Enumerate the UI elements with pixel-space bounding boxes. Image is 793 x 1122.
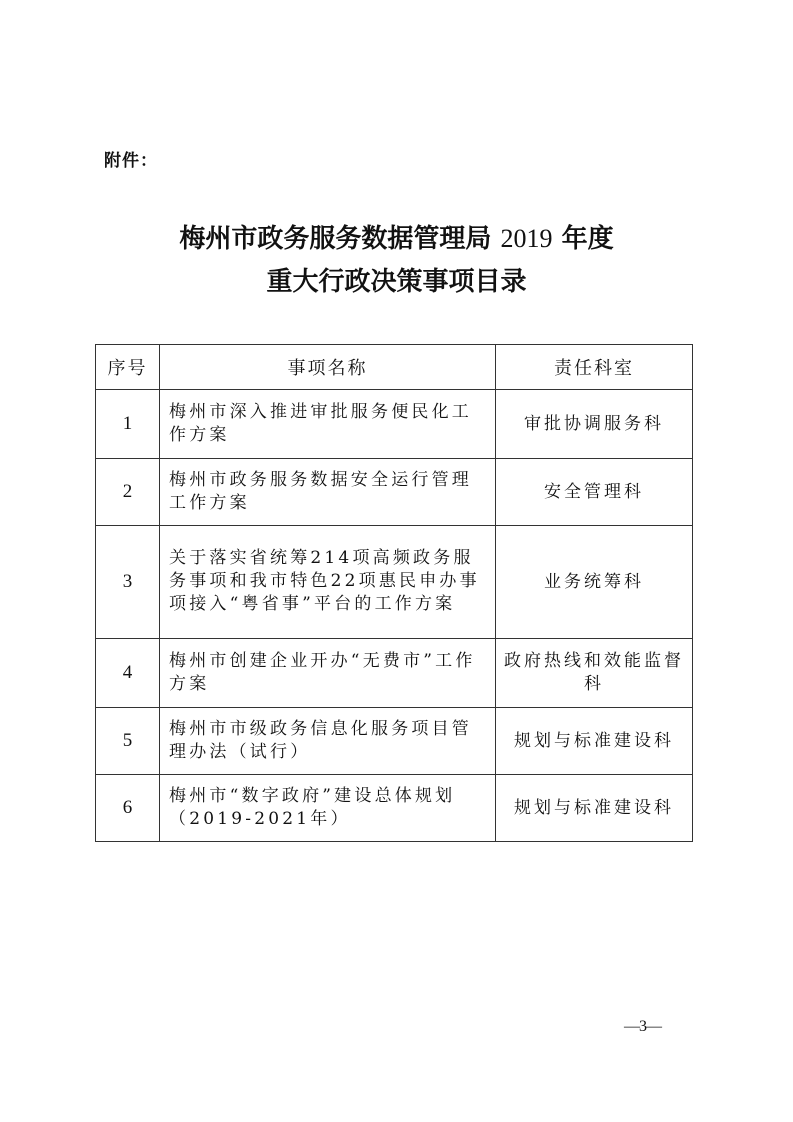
- row-responsible-dept: 业务统筹科: [496, 526, 693, 639]
- document-title-line2: 重大行政决策事项目录: [0, 264, 793, 300]
- table-header-row: 序号 事项名称 责任科室: [96, 345, 693, 390]
- row-responsible-dept: 规划与标准建设科: [496, 708, 693, 775]
- attachment-label: 附件：: [104, 146, 158, 171]
- row-item-name: 梅州市深入推进审批服务便民化工作方案: [160, 390, 496, 459]
- row-responsible-dept: 安全管理科: [496, 459, 693, 526]
- row-item-name: 关于落实省统筹214项高频政务服务事项和我市特色22项惠民申办事项接入“粤省事”…: [160, 526, 496, 639]
- page-number: —3—: [624, 1018, 661, 1036]
- row-responsible-dept: 政府热线和效能监督科: [496, 639, 693, 708]
- header-responsible-dept: 责任科室: [496, 345, 693, 390]
- header-item-name: 事项名称: [160, 345, 496, 390]
- decision-items-table: 序号 事项名称 责任科室 1梅州市深入推进审批服务便民化工作方案审批协调服务科2…: [95, 344, 693, 842]
- document-title-line1: 梅州市政务服务数据管理局 2019 年度: [0, 221, 793, 257]
- row-item-name: 梅州市创建企业开办“无费市”工作方案: [160, 639, 496, 708]
- table-row: 6梅州市“数字政府”建设总体规划（2019-2021年）规划与标准建设科: [96, 775, 693, 842]
- row-serial-number: 5: [96, 708, 160, 775]
- row-item-name: 梅州市市级政务信息化服务项目管理办法（试行）: [160, 708, 496, 775]
- row-responsible-dept: 规划与标准建设科: [496, 775, 693, 842]
- row-serial-number: 1: [96, 390, 160, 459]
- title-year: 2019: [501, 224, 553, 253]
- row-responsible-dept: 审批协调服务科: [496, 390, 693, 459]
- title-suffix: 年度: [562, 224, 614, 254]
- row-item-name: 梅州市“数字政府”建设总体规划（2019-2021年）: [160, 775, 496, 842]
- row-serial-number: 2: [96, 459, 160, 526]
- table-row: 3关于落实省统筹214项高频政务服务事项和我市特色22项惠民申办事项接入“粤省事…: [96, 526, 693, 639]
- header-serial-number: 序号: [96, 345, 160, 390]
- row-serial-number: 3: [96, 526, 160, 639]
- row-serial-number: 6: [96, 775, 160, 842]
- title-prefix: 梅州市政务服务数据管理局: [179, 224, 491, 254]
- table-row: 2梅州市政务服务数据安全运行管理工作方案安全管理科: [96, 459, 693, 526]
- row-serial-number: 4: [96, 639, 160, 708]
- table-row: 1梅州市深入推进审批服务便民化工作方案审批协调服务科: [96, 390, 693, 459]
- table-row: 4梅州市创建企业开办“无费市”工作方案政府热线和效能监督科: [96, 639, 693, 708]
- table-row: 5梅州市市级政务信息化服务项目管理办法（试行）规划与标准建设科: [96, 708, 693, 775]
- row-item-name: 梅州市政务服务数据安全运行管理工作方案: [160, 459, 496, 526]
